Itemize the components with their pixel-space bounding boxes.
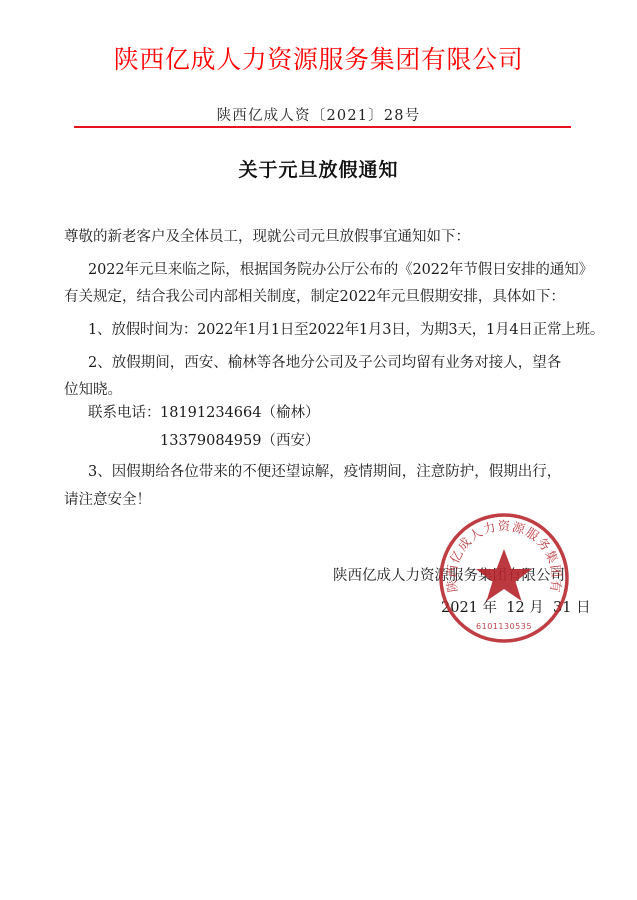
document-page: 陕西亿成人力资源服务集团有限公司 陕西亿成人资〔2021〕28号 关于元旦放假通…: [0, 0, 637, 900]
contact-phone-2: 13379084959（西安）: [160, 431, 319, 451]
official-seal-icon: 陕西亿成人力资源服务集团有限公司 6101130535: [437, 511, 571, 645]
red-divider-rule: [74, 126, 571, 128]
item-1: 1、放假时间为：2022年1月1日至2022年1月3日，为期3天，1月4日正常上…: [88, 320, 604, 340]
organization-title: 陕西亿成人力资源服务集团有限公司: [0, 44, 637, 76]
item-2-line-2: 位知晓。: [64, 380, 122, 400]
svg-text:6101130535: 6101130535: [476, 622, 532, 631]
document-number: 陕西亿成人资〔2021〕28号: [0, 107, 637, 125]
item-2-line-1: 2、放假期间，西安、榆林等各地分公司及子公司均留有业务对接人，望各: [88, 353, 561, 373]
notice-title: 关于元旦放假通知: [0, 157, 637, 183]
contact-label: 联系电话：: [88, 403, 161, 423]
intro-line-2: 有关规定，结合我公司内部相关制度，制定2022年元旦假期安排，具体如下：: [64, 287, 565, 307]
salutation: 尊敬的新老客户及全体员工，现就公司元旦放假事宜通知如下：: [64, 227, 470, 247]
intro-line-1: 2022年元旦来临之际，根据国务院办公厅公布的《2022年节假日安排的通知》: [88, 260, 593, 280]
item-3-line-1: 3、因假期给各位带来的不便还望谅解，疫情期间，注意防护，假期出行，: [88, 462, 561, 482]
contact-phone-1: 18191234664（榆林）: [160, 403, 319, 423]
item-3-line-2: 请注意安全！: [64, 490, 151, 510]
